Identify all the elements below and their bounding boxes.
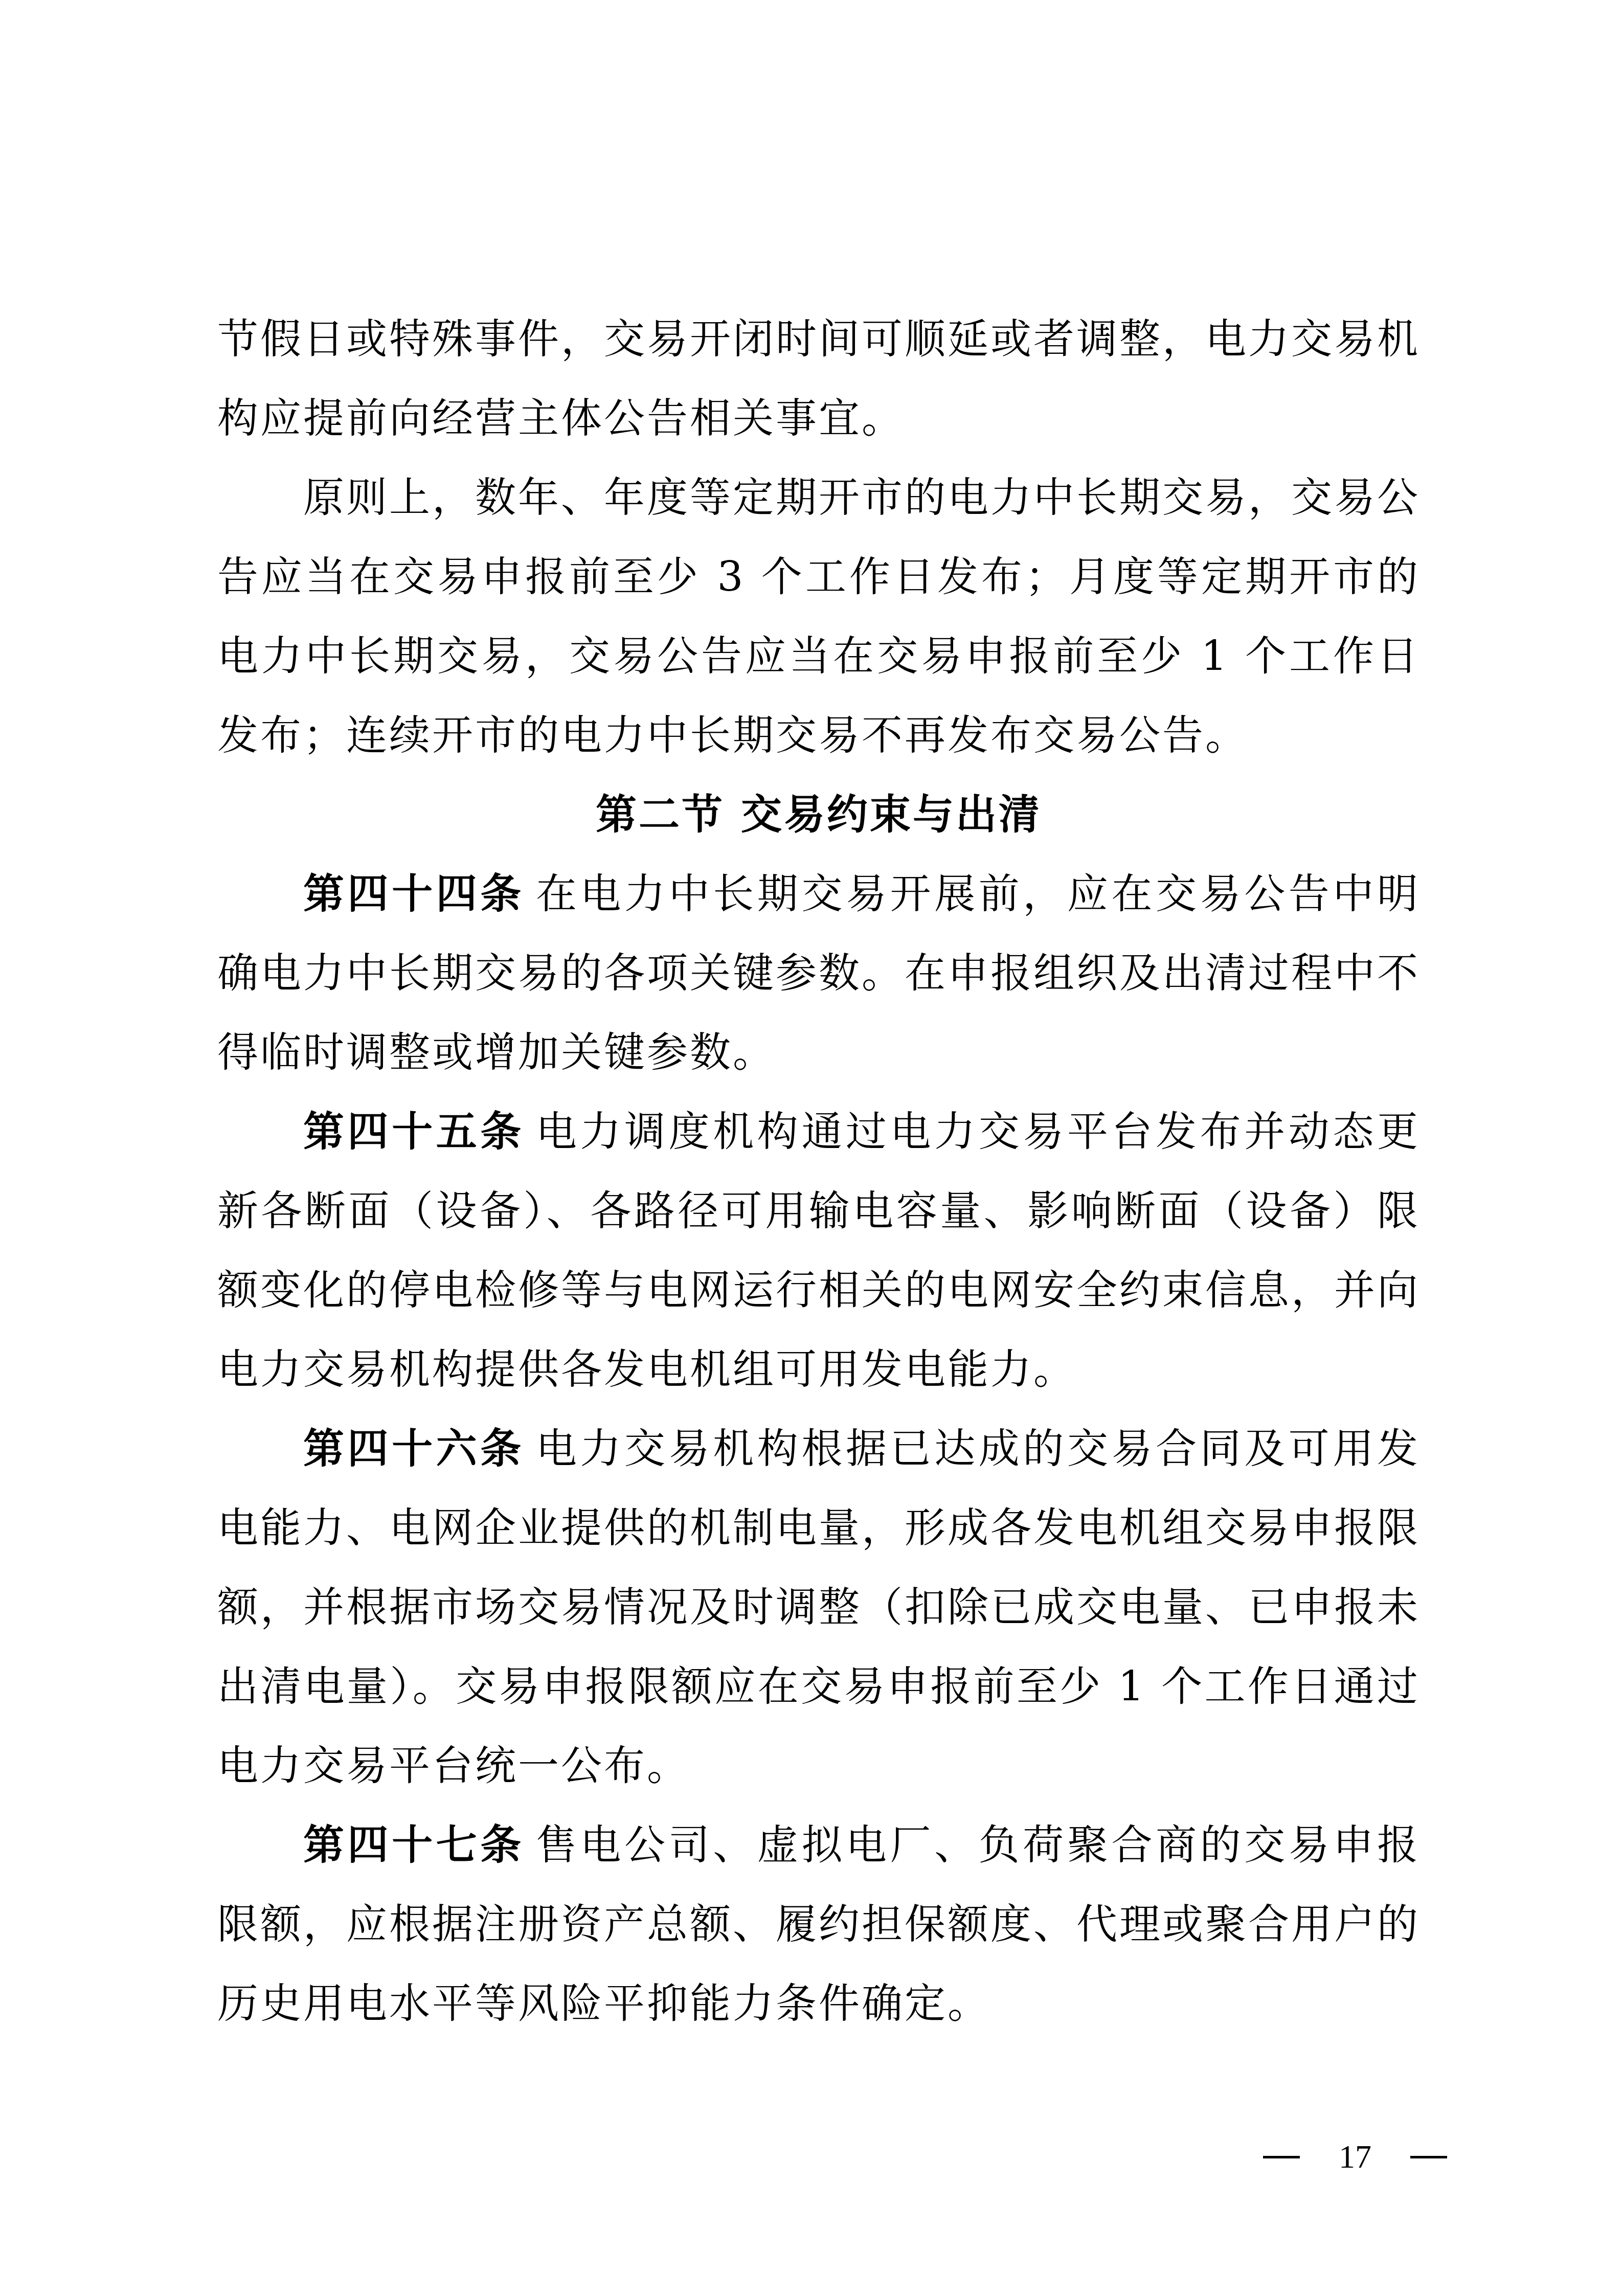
- article-label: 第四十四条: [303, 870, 525, 917]
- article-label: 第四十六条: [303, 1425, 525, 1472]
- article-46: 第四十六条电力交易机构根据已达成的交易合同及可用发电能力、电网企业提供的机制电量…: [217, 1409, 1420, 1805]
- section-heading: 第二节 交易约束与出清: [217, 775, 1420, 854]
- paragraph-announcement-timing: 原则上，数年、年度等定期开市的电力中长期交易，交易公告应当在交易申报前至少 3 …: [217, 458, 1420, 775]
- article-label: 第四十七条: [303, 1821, 525, 1869]
- article-body: 电力交易机构根据已达成的交易合同及可用发电能力、电网企业提供的机制电量，形成各发…: [217, 1425, 1420, 1789]
- article-44: 第四十四条在电力中长期交易开展前，应在交易公告中明确电力中长期交易的各项关键参数…: [217, 854, 1420, 1092]
- dash-left: [1263, 2156, 1300, 2158]
- article-47: 第四十七条售电公司、虚拟电厂、负荷聚合商的交易申报限额，应根据注册资产总额、履约…: [217, 1805, 1420, 2043]
- page-number: 17: [1339, 2138, 1371, 2176]
- article-label: 第四十五条: [303, 1108, 525, 1155]
- paragraph-continuation: 节假日或特殊事件，交易开闭时间可顺延或者调整，电力交易机构应提前向经营主体公告相…: [217, 299, 1420, 458]
- dash-right: [1410, 2156, 1447, 2158]
- article-45: 第四十五条电力调度机构通过电力交易平台发布并动态更新各断面（设备）、各路径可用输…: [217, 1092, 1420, 1409]
- page-footer: 17: [1263, 2131, 1447, 2182]
- document-page: 节假日或特殊事件，交易开闭时间可顺延或者调整，电力交易机构应提前向经营主体公告相…: [217, 299, 1420, 2043]
